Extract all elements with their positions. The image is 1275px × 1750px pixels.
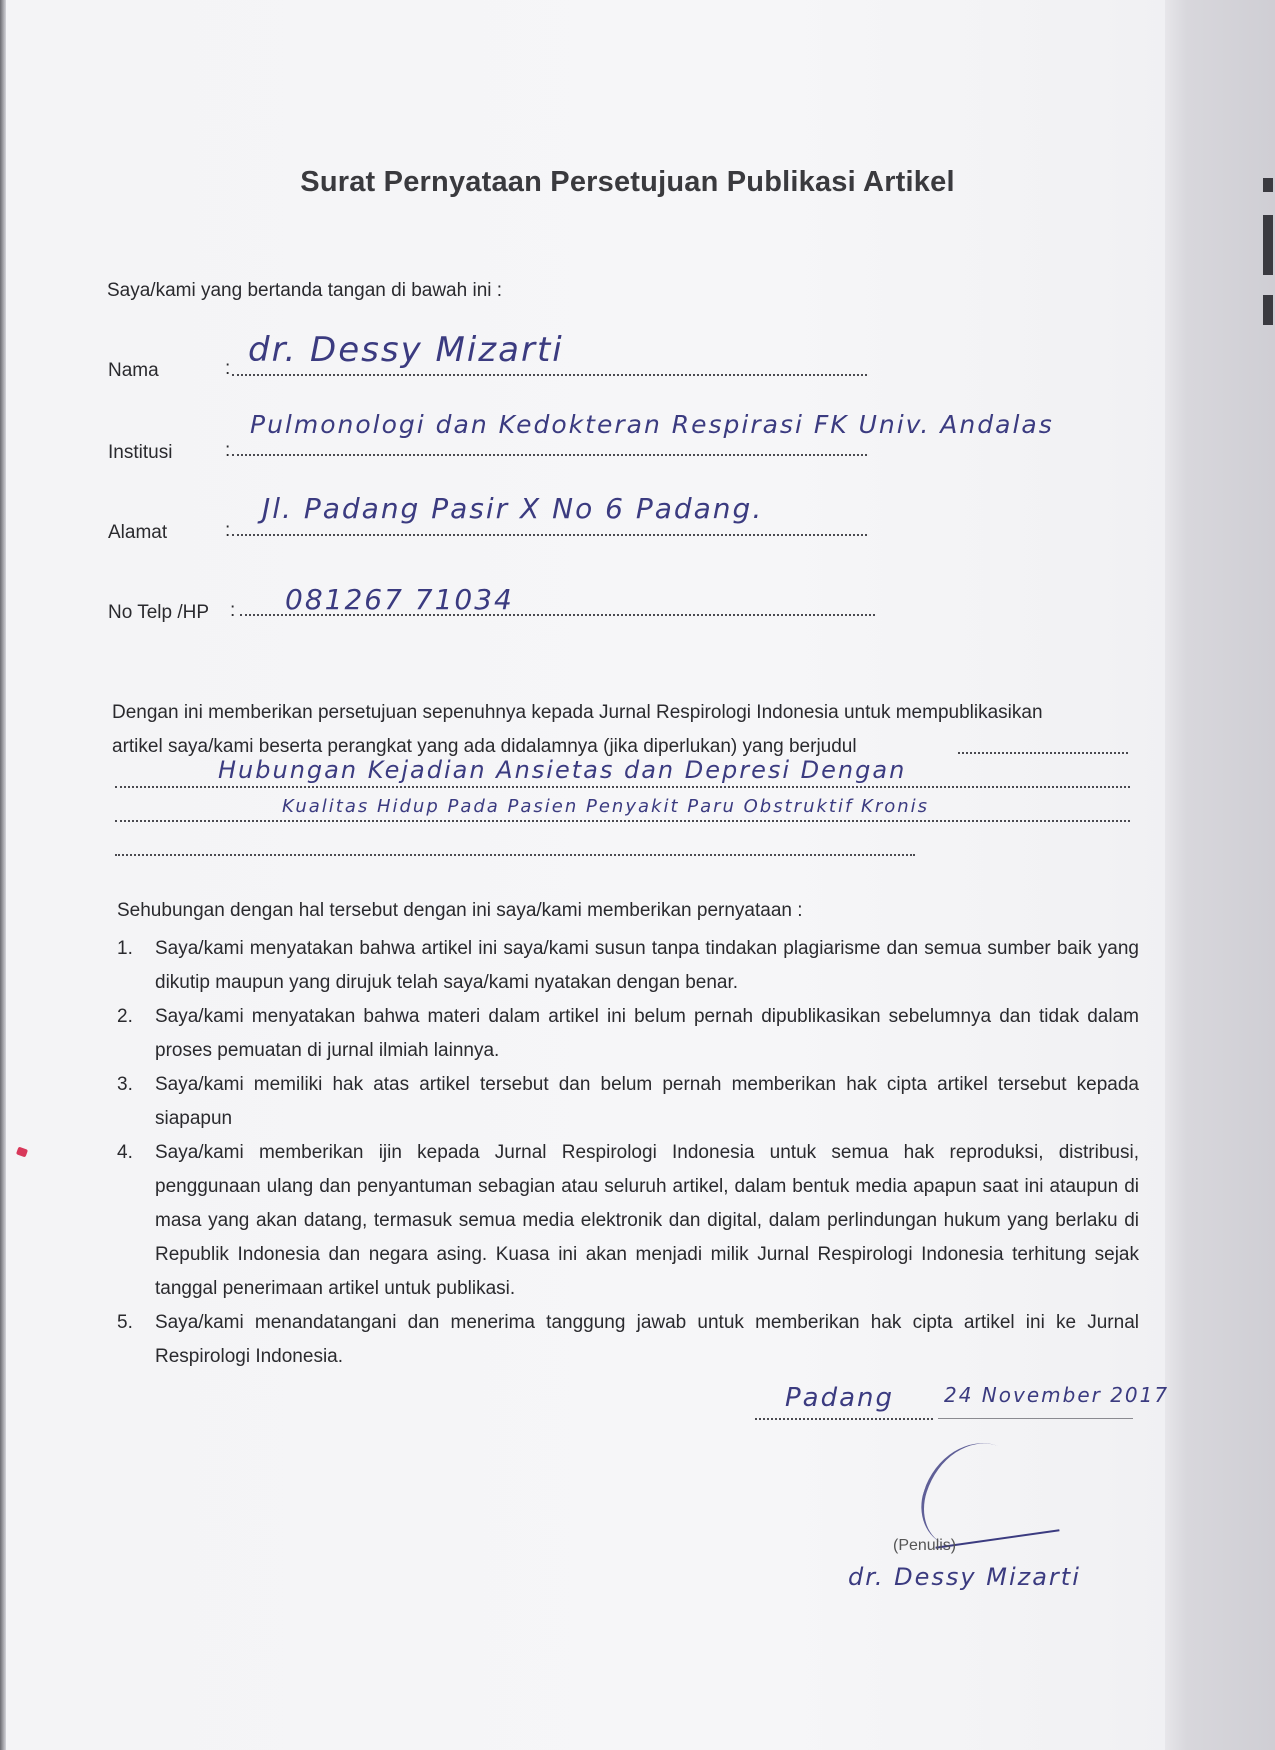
statement-item: 1. Saya/kami menyatakan bahwa artikel in… <box>117 932 1139 1000</box>
statement-number: 4. <box>117 1136 155 1306</box>
field-no-telp: No Telp /HP <box>108 602 209 624</box>
nama-value: dr. Dessy Mizarti <box>248 330 564 370</box>
field-separator: : <box>225 440 230 462</box>
dotted-line <box>115 820 1130 822</box>
field-nama: Nama <box>108 360 159 382</box>
statement-text: Saya/kami menyatakan bahwa artikel ini s… <box>155 932 1139 1000</box>
dotted-line <box>115 786 1130 788</box>
gutter-print-mark <box>1263 178 1273 192</box>
alamat-value: Jl. Padang Pasir X No 6 Padang. <box>262 492 763 525</box>
field-label: Alamat <box>108 522 167 544</box>
statement-text: Saya/kami menyatakan bahwa materi dalam … <box>155 1000 1139 1068</box>
intro-text: Saya/kami yang bertanda tangan di bawah … <box>107 280 502 302</box>
statement-number: 5. <box>117 1306 155 1374</box>
date-line <box>938 1418 1133 1419</box>
field-label: Nama <box>108 360 159 382</box>
gutter-print-mark <box>1263 295 1273 325</box>
field-alamat: Alamat <box>108 522 167 544</box>
signature-place: Padang <box>785 1383 894 1413</box>
statement-item: 4. Saya/kami memberikan ijin kepada Jurn… <box>117 1136 1139 1306</box>
article-title-line-1: Hubungan Kejadian Ansietas dan Depresi D… <box>218 756 906 784</box>
statement-text: Saya/kami memiliki hak atas artikel ters… <box>155 1068 1139 1136</box>
red-ink-mark <box>16 1147 28 1158</box>
document-title: Surat Pernyataan Persetujuan Publikasi A… <box>0 166 1255 199</box>
statement-number: 3. <box>117 1068 155 1136</box>
statement-number: 1. <box>117 932 155 1000</box>
signer-role: (Penulis) <box>893 1537 956 1555</box>
statement-text: Saya/kami memberikan ijin kepada Jurnal … <box>155 1136 1139 1306</box>
institusi-value: Pulmonologi dan Kedokteran Respirasi FK … <box>250 410 1054 439</box>
field-separator: : <box>225 520 230 542</box>
field-label: Institusi <box>108 442 172 464</box>
scanned-page: Surat Pernyataan Persetujuan Publikasi A… <box>0 0 1275 1750</box>
dotted-line <box>232 374 867 376</box>
statement-list: 1. Saya/kami menyatakan bahwa artikel in… <box>117 932 1139 1374</box>
dotted-line <box>232 534 867 536</box>
statement-item: 2. Saya/kami menyatakan bahwa materi dal… <box>117 1000 1139 1068</box>
field-label: No Telp /HP <box>108 602 209 624</box>
statement-item: 5. Saya/kami menandatangani dan menerima… <box>117 1306 1139 1374</box>
dotted-line <box>755 1418 933 1420</box>
field-separator: : <box>230 600 235 622</box>
consent-line-1: Dengan ini memberikan persetujuan sepenu… <box>112 696 1132 730</box>
signature-date: 24 November 2017 <box>944 1383 1169 1407</box>
field-institusi: Institusi <box>108 442 172 464</box>
telp-value: 081267 71034 <box>285 583 514 616</box>
signer-name: dr. Dessy Mizarti <box>848 1563 1081 1591</box>
dotted-line <box>115 854 915 856</box>
statement-item: 3. Saya/kami memiliki hak atas artikel t… <box>117 1068 1139 1136</box>
dotted-line <box>232 454 867 456</box>
article-title-line-2: Kualitas Hidup Pada Pasien Penyakit Paru… <box>282 796 929 817</box>
gutter-print-mark <box>1263 215 1273 275</box>
statement-text: Saya/kami menandatangani dan menerima ta… <box>155 1306 1139 1374</box>
page-edge-shadow <box>0 0 6 1750</box>
statements-intro: Sehubungan dengan hal tersebut dengan in… <box>117 900 803 922</box>
field-separator: : <box>225 358 230 380</box>
book-gutter <box>1165 0 1275 1750</box>
dotted-line <box>958 752 1128 754</box>
statement-number: 2. <box>117 1000 155 1068</box>
